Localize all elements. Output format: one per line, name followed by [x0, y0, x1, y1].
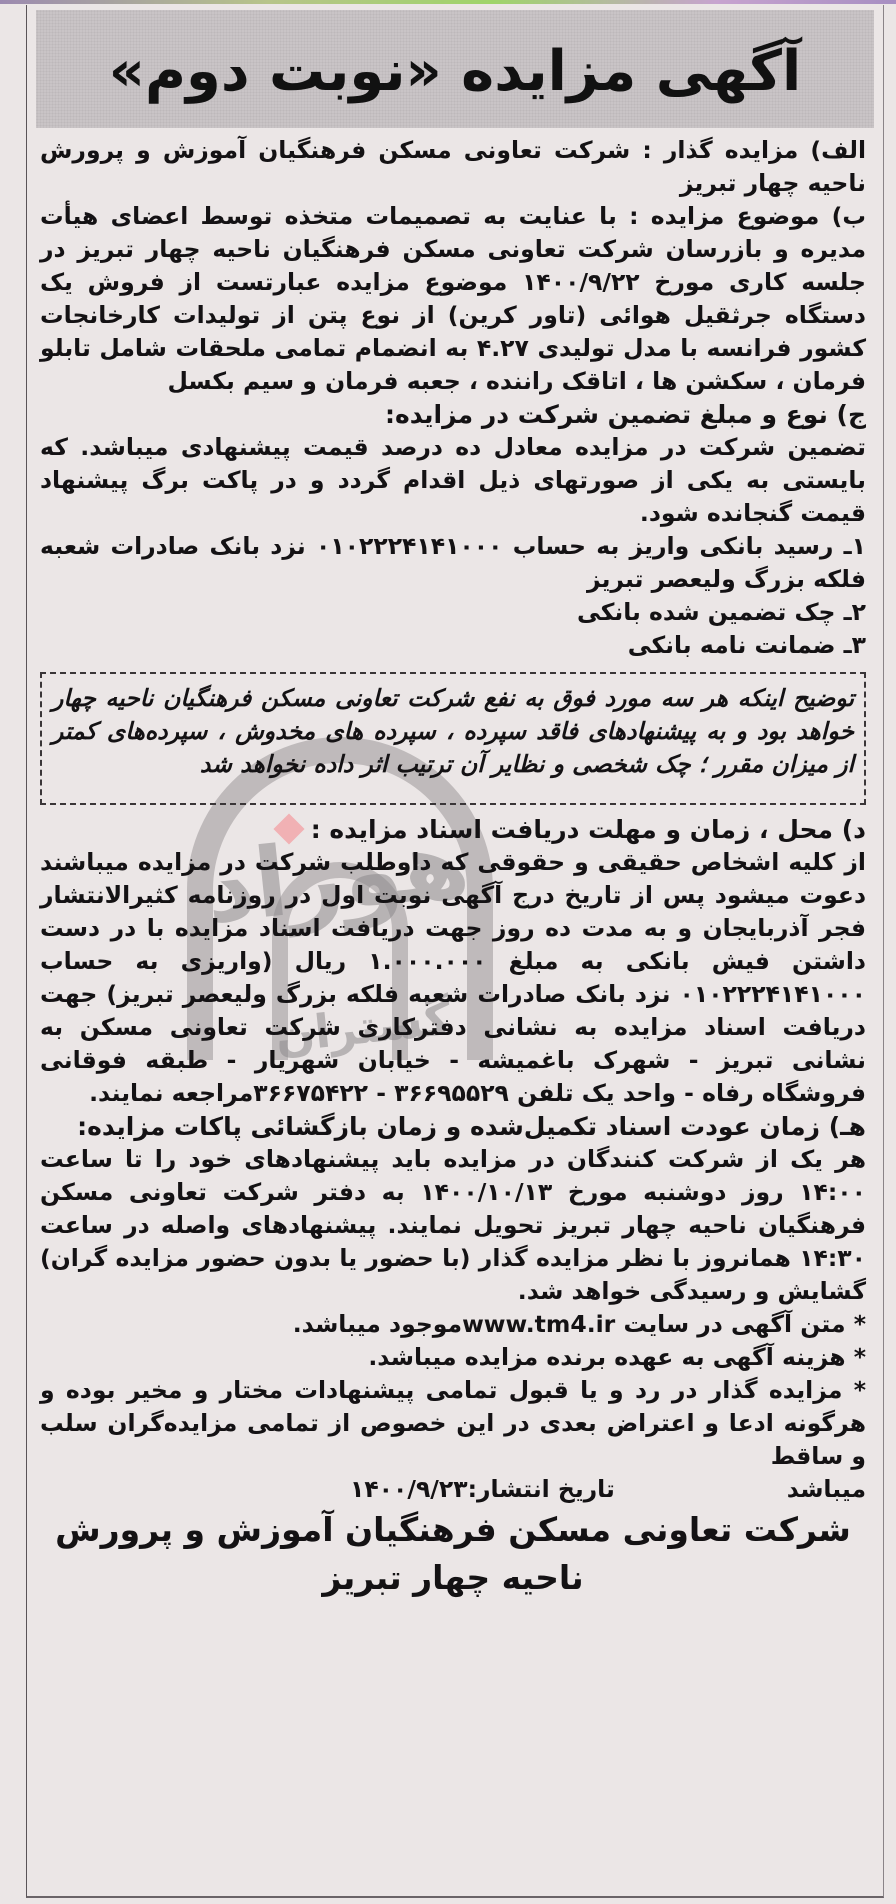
section-a-auctioneer: الف) مزایده گذار : شرکت تعاونی مسکن فرهن… — [40, 134, 866, 200]
rights-end-and-date: میباشد تاریخ انتشار:۱۴۰۰/۹/۲۳ — [40, 1473, 866, 1506]
guarantee-option-3: ۳ـ ضمانت نامه بانکی — [40, 629, 866, 662]
guarantee-option-1: ۱ـ رسید بانکی واریز به حساب ۰۱۰۲۲۲۴۱۴۱۰۰… — [40, 530, 866, 596]
note-cost: * هزینه آگهی به عهده برنده مزایده میباشد… — [40, 1341, 866, 1374]
signature-line-1: شرکت تعاونی مسکن فرهنگیان آموزش و پرورش — [40, 1506, 866, 1554]
section-b-subject: ب) موضوع مزایده : با عنایت به تصمیمات مت… — [40, 200, 866, 398]
publish-date: تاریخ انتشار:۱۴۰۰/۹/۲۳ — [40, 1473, 615, 1506]
note-website-suffix: موجود میباشد. — [293, 1310, 462, 1338]
note-rights: * مزایده گذار در رد و یا قبول تمامی پیشن… — [40, 1374, 866, 1473]
section-d-body: از کلیه اشخاص حقیقی و حقوقی که داوطلب شر… — [40, 846, 866, 1110]
note-website-prefix: * متن آگهی در سایت — [615, 1310, 866, 1338]
page-title: آگهی مزایده «نوبت دوم» — [109, 39, 801, 104]
guarantee-note-box: توضیح اینکه هر سه مورد فوق به نفع شرکت ت… — [40, 672, 866, 805]
section-c-heading: ج) نوع و مبلغ تضمین شرکت در مزایده: — [40, 398, 866, 431]
note-website: * متن آگهی در سایت www.tm4.irموجود میباش… — [40, 1308, 866, 1341]
website-link[interactable]: www.tm4.ir — [462, 1310, 615, 1338]
notice-body: الف) مزایده گذار : شرکت تعاونی مسکن فرهن… — [40, 134, 866, 1602]
section-d-heading: د) محل ، زمان و مهلت دریافت اسناد مزایده… — [40, 813, 866, 846]
signature-line-2: ناحیه چهار تبریز — [40, 1554, 866, 1602]
note-rights-end: میباشد — [787, 1473, 866, 1506]
section-c-body: تضمین شرکت در مزایده معادل ده درصد قیمت … — [40, 431, 866, 530]
section-e-body: هر یک از شرکت کنندگان در مزایده باید پیش… — [40, 1143, 866, 1308]
top-color-strip — [0, 0, 896, 4]
guarantee-options-list: ۱ـ رسید بانکی واریز به حساب ۰۱۰۲۲۲۴۱۴۱۰۰… — [40, 530, 866, 662]
section-e-heading: هـ) زمان عودت اسناد تکمیل‌شده و زمان باز… — [40, 1110, 866, 1143]
notes-list: * متن آگهی در سایت www.tm4.irموجود میباش… — [40, 1308, 866, 1506]
guarantee-option-2: ۲ـ چک تضمین شده بانکی — [40, 596, 866, 629]
title-band: آگهی مزایده «نوبت دوم» — [36, 10, 874, 128]
guarantee-note-text: توضیح اینکه هر سه مورد فوق به نفع شرکت ت… — [52, 682, 854, 781]
